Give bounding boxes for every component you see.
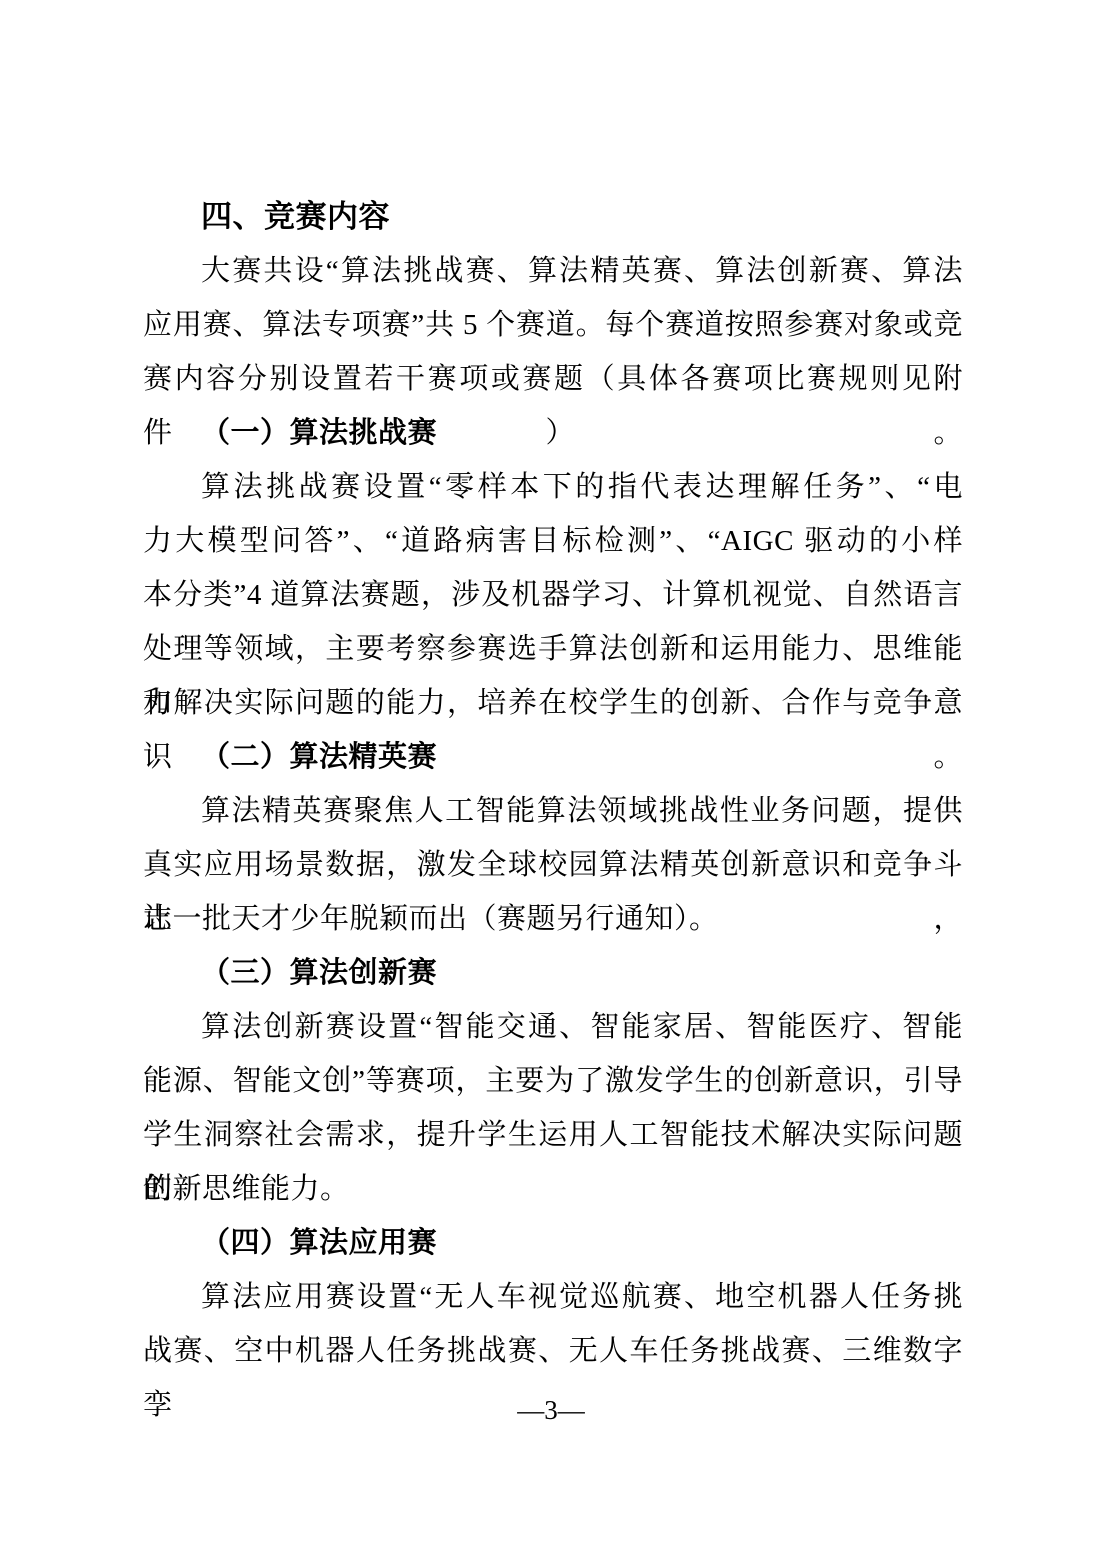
paragraph-line: 创新思维能力。 [143, 1162, 963, 1216]
paragraph-line: 学生洞察社会需求，提升学生运用人工智能技术解决实际问题的 [143, 1108, 963, 1162]
paragraph-line: 和解决实际问题的能力，培养在校学生的创新、合作与竞争意识。 [143, 676, 963, 730]
paragraph-line: 算法创新赛设置“智能交通、智能家居、智能医疗、智能 [143, 1000, 963, 1054]
subheading-algorithm-application: （四）算法应用赛 [143, 1216, 963, 1270]
paragraph-line: 算法挑战赛设置“零样本下的指代表达理解任务”、“电 [143, 460, 963, 514]
paragraph-line: 本分类”4 道算法赛题，涉及机器学习、计算机视觉、自然语言 [143, 568, 963, 622]
paragraph-line: 算法精英赛聚焦人工智能算法领域挑战性业务问题，提供 [143, 784, 963, 838]
paragraph-line: 应用赛、算法专项赛”共 5 个赛道。每个赛道按照参赛对象或竞 [143, 298, 963, 352]
document-page: 四、竞赛内容 大赛共设“算法挑战赛、算法精英赛、算法创新赛、算法 应用赛、算法专… [0, 0, 1102, 1559]
document-content: 四、竞赛内容 大赛共设“算法挑战赛、算法精英赛、算法创新赛、算法 应用赛、算法专… [143, 190, 963, 1378]
section-heading-competition-content: 四、竞赛内容 [143, 190, 963, 244]
paragraph-line: 赛内容分别设置若干赛项或赛题（具体各赛项比赛规则见附件）。 [143, 352, 963, 406]
page-number: —3— [0, 1390, 1102, 1430]
paragraph-line: 算法应用赛设置“无人车视觉巡航赛、地空机器人任务挑 [143, 1270, 963, 1324]
paragraph-line: 力大模型问答”、“道路病害目标检测”、“AIGC 驱动的小样 [143, 514, 963, 568]
paragraph-line: 大赛共设“算法挑战赛、算法精英赛、算法创新赛、算法 [143, 244, 963, 298]
paragraph-line: 处理等领域，主要考察参赛选手算法创新和运用能力、思维能力 [143, 622, 963, 676]
paragraph-line: 能源、智能文创”等赛项，主要为了激发学生的创新意识，引导 [143, 1054, 963, 1108]
paragraph-line: 战赛、空中机器人任务挑战赛、无人车任务挑战赛、三维数字孪 [143, 1324, 963, 1378]
paragraph-line: 真实应用场景数据，激发全球校园算法精英创新意识和竞争斗志， [143, 838, 963, 892]
subheading-algorithm-innovation: （三）算法创新赛 [143, 946, 963, 1000]
